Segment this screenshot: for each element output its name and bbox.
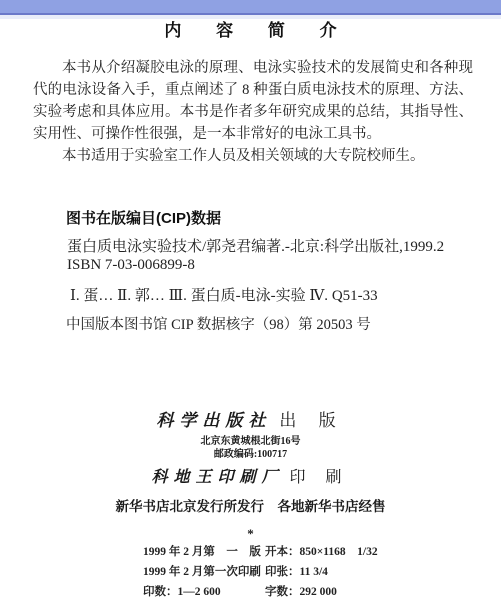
sheets-info: 印张：11 3/4 [265, 563, 328, 579]
printer-label: 印 刷 [290, 469, 350, 486]
edition-info: 1999 年 2 月第 一 版 [143, 543, 265, 559]
colophon-row: 1999 年 2 月第一次印刷 印张：11 3/4 [143, 561, 378, 581]
colophon-row: 1999 年 2 月第 一 版 开本：850×1168 1/32 [143, 541, 378, 561]
cip-heading: 图书在版编目(CIP)数据 [66, 207, 221, 228]
publisher-label: 出 版 [279, 411, 344, 430]
book-copyright-page: 内 容 简 介 本书从介绍凝胶电泳的原理、电泳实验技术的发展简史和各种现代的电泳… [0, 0, 501, 599]
publisher-postcode: 邮政编码:100717 [0, 449, 501, 461]
publisher-address: 北京东黄城根北街16号 [0, 436, 501, 448]
cip-isbn: ISBN 7-03-006899-8 [67, 256, 477, 274]
intro-paragraph-2: 本书适用于实验室工作人员及相关领域的大专院校师生。 [33, 145, 473, 167]
format-info: 开本：850×1168 1/32 [265, 543, 378, 559]
printing-info: 1999 年 2 月第一次印刷 [143, 563, 265, 579]
separator-star: * [0, 527, 501, 541]
distribution-line: 新华书店北京发行所发行 各地新华书店经售 [0, 499, 501, 515]
intro-paragraph-1: 本书从介绍凝胶电泳的原理、电泳实验技术的发展简史和各种现代的电泳设备入手，重点阐… [33, 57, 473, 145]
cip-book-block: 蛋白质电泳实验技术/郭尧君编著.-北京:科学出版社,1999.2 ISBN 7-… [67, 238, 477, 274]
printer-name: 科地王印刷厂 [151, 467, 283, 486]
colophon: 1999 年 2 月第 一 版 开本：850×1168 1/32 1999 年 … [143, 541, 378, 599]
colophon-row: 印数：1—2 600 字数：292 000 [143, 581, 378, 599]
publisher-line: 科学出版社出 版 [0, 410, 501, 432]
word-count-info: 字数：292 000 [265, 583, 337, 599]
printer-line: 科地王印刷厂印 刷 [0, 467, 501, 488]
page-title: 内 容 简 介 [0, 16, 501, 41]
print-run-info: 印数：1—2 600 [143, 583, 265, 599]
top-banner [0, 0, 501, 15]
imprint-block: 科学出版社出 版 北京东黄城根北街16号 邮政编码:100717 科地王印刷厂印… [0, 410, 501, 541]
cip-record-number: 中国版本图书馆 CIP 数据核字（98）第 20503 号 [66, 313, 466, 334]
cip-book-line: 蛋白质电泳实验技术/郭尧君编著.-北京:科学出版社,1999.2 [67, 238, 477, 256]
cip-classification: Ⅰ. 蛋… Ⅱ. 郭… Ⅲ. 蛋白质-电泳-实验 Ⅳ. Q51-33 [70, 284, 470, 305]
publisher-name: 科学出版社 [156, 411, 271, 431]
content-introduction: 本书从介绍凝胶电泳的原理、电泳实验技术的发展简史和各种现代的电泳设备入手，重点阐… [33, 57, 473, 167]
